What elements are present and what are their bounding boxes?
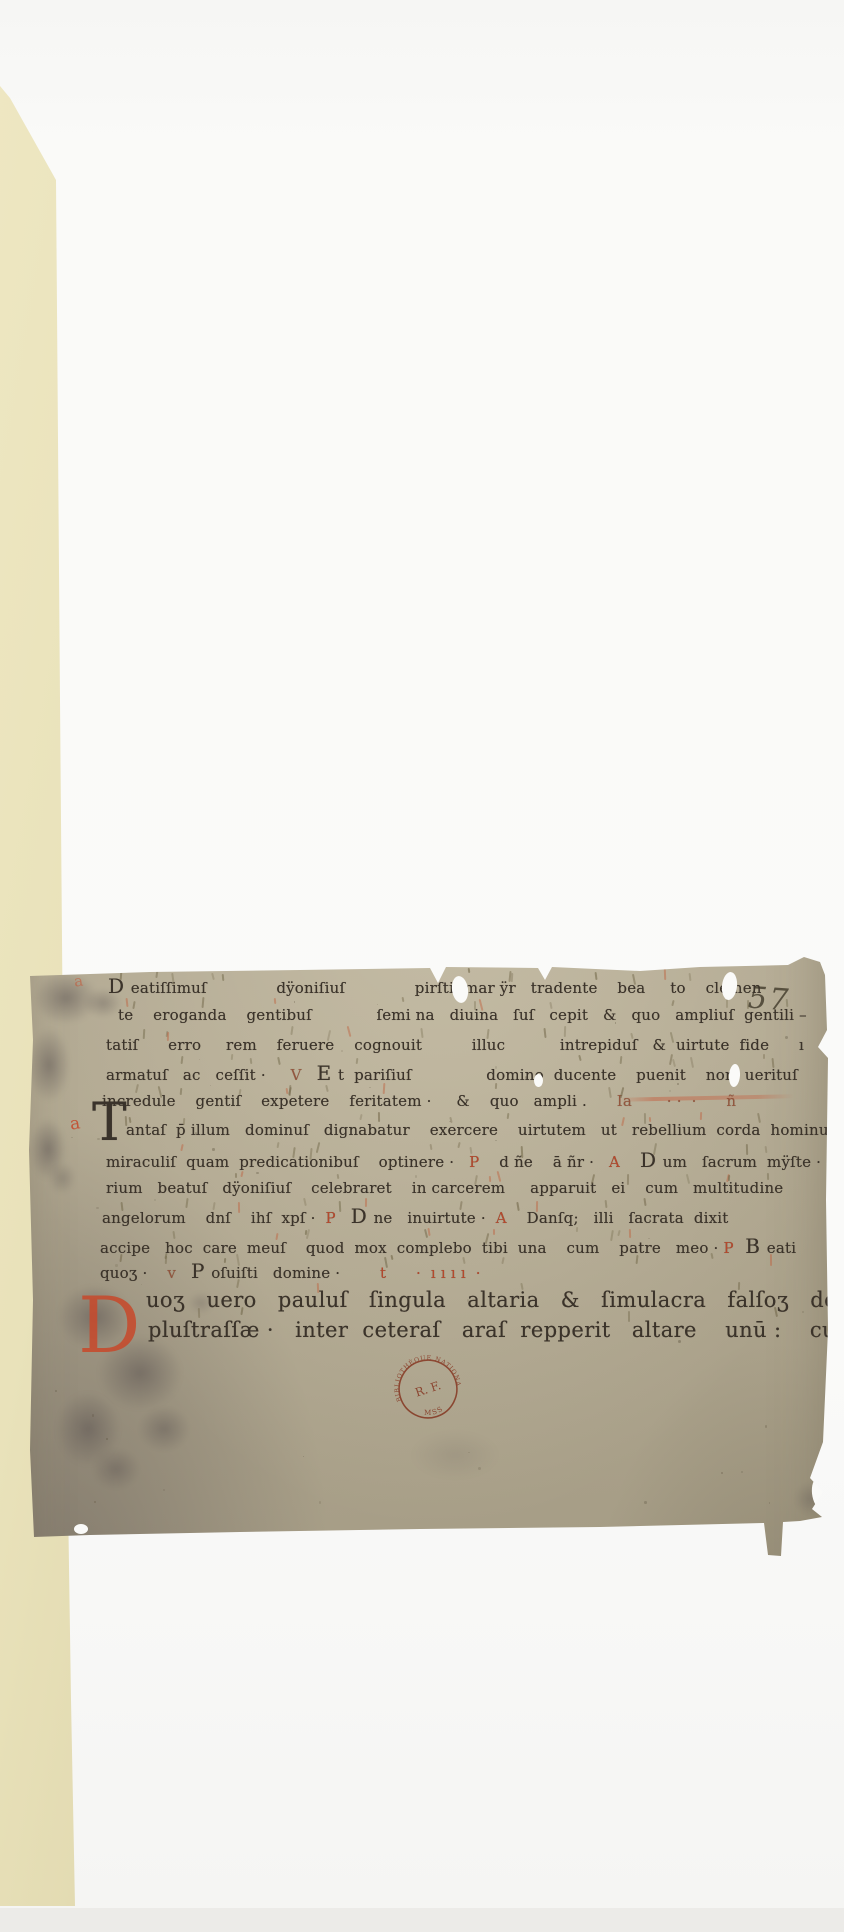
rubric-segment: A	[496, 1209, 507, 1227]
backing-paper	[0, 0, 844, 1908]
ink-segment: Danſq; illi ſacrata dixit	[507, 1209, 729, 1227]
text-line: quoʒ · v P oſuiſti domine · t · ı ı ı ı …	[100, 1262, 481, 1282]
neume-mark	[238, 1202, 240, 1213]
neume-mark	[142, 1029, 144, 1039]
parchment-speck	[210, 1085, 211, 1086]
neume-mark	[457, 1142, 460, 1148]
ink-segment: D	[640, 1148, 663, 1172]
text-line: incredule gentiſ expetere feritatem · & …	[102, 1092, 736, 1110]
ink-segment: uoʒ uero pauluſ ſingula altaria & ſimula…	[146, 1288, 844, 1312]
text-line: antaſ p̄ illum dominuſ dignabatur exerce…	[126, 1121, 834, 1139]
neume-mark	[278, 1057, 281, 1065]
neume-mark	[644, 1198, 647, 1206]
parchment-hole	[74, 1524, 88, 1534]
neume-mark	[230, 1054, 232, 1060]
ink-segment: P	[191, 1259, 211, 1283]
neume-mark	[700, 1112, 702, 1120]
parchment-speck	[163, 1489, 165, 1491]
neume-mark	[605, 1200, 607, 1208]
neume-mark	[620, 1056, 622, 1064]
text-line: angelorum dnſ ihſ xpſ · P D ne inuirtute…	[102, 1207, 729, 1227]
neume-mark	[629, 1229, 631, 1238]
parchment-speck	[154, 1199, 156, 1201]
neume-mark	[544, 1028, 547, 1038]
neume-mark	[421, 1028, 424, 1038]
text-line: uoʒ uero pauluſ ſingula altaria & ſimula…	[146, 1287, 844, 1313]
neume-mark	[355, 1058, 357, 1064]
parchment-speck	[765, 1425, 768, 1428]
ink-segment: B	[739, 1234, 767, 1258]
neume-mark	[183, 1118, 185, 1125]
text-line: accipe hoc care meuſ quod mox complebo t…	[100, 1237, 796, 1257]
text-line: tatiſ erro rem feruere cognouit illuc in…	[106, 1036, 804, 1054]
neume-mark	[664, 969, 666, 980]
rubric-segment: P	[723, 1239, 738, 1257]
neume-mark	[235, 1173, 237, 1178]
parchment-speck	[55, 1390, 57, 1392]
ink-segment	[620, 1153, 640, 1171]
ink-segment: tatiſ erro rem feruere cognouit illuc in…	[106, 1036, 804, 1054]
neume-mark	[180, 1143, 183, 1150]
text-line: armatuſ ac ceſſit · V E t pariſiuſ domin…	[106, 1064, 798, 1084]
neume-mark	[771, 1058, 774, 1068]
neume-mark	[430, 1144, 432, 1150]
svg-text:BIBLIOTHÈQUE NATIONALE: BIBLIOTHÈQUE NATIONALE	[379, 1340, 463, 1410]
ink-segment: d ñe ā ñr ·	[479, 1153, 599, 1171]
ink-segment: armatuſ ac ceſſit ·	[106, 1066, 291, 1084]
neume-mark	[337, 1173, 339, 1178]
ink-segment: rium beatuſ dÿoniſiuſ celebraret in carc…	[106, 1179, 783, 1197]
parchment-speck	[741, 1471, 744, 1474]
parchment-speck	[769, 1502, 771, 1504]
text-line: pluſtraſſæ · inter ceteraſ araſ repperit…	[148, 1317, 844, 1343]
rubric-segment: A	[599, 1153, 620, 1171]
parchment-speck	[294, 1001, 296, 1003]
ink-segment: te eroganda gentibuſ ſemi na diuina ſuſ …	[118, 1006, 807, 1024]
neume-mark	[474, 1001, 476, 1010]
neume-mark	[469, 1147, 472, 1155]
parchment-speck	[199, 1059, 200, 1060]
ink-segment: ne inuirtute ·	[374, 1209, 496, 1227]
mottle-stain	[410, 1430, 500, 1480]
neume-mark	[746, 1144, 748, 1155]
parchment-speck	[303, 1456, 304, 1457]
parchment-speck	[644, 1501, 647, 1504]
neume-mark	[273, 997, 275, 1003]
neume-mark	[359, 1114, 362, 1120]
neume-mark	[317, 1283, 319, 1293]
neume-mark	[617, 1230, 620, 1236]
ink-segment: accipe hoc care meuſ quod mox complebo t…	[100, 1239, 723, 1257]
parchment-speck	[71, 1137, 72, 1138]
text-line: D eatiſſimuſ dÿoniſiuſ pirſti mar ÿr tra…	[108, 977, 762, 997]
parchment-speck	[256, 1172, 259, 1175]
ink-segment	[336, 1209, 351, 1227]
neume-mark	[167, 1032, 169, 1041]
ink-segment: pluſtraſſæ · inter ceteraſ araſ repperit…	[148, 1318, 844, 1342]
neume-mark	[285, 1088, 287, 1094]
text-line: te eroganda gentibuſ ſemi na diuina ſuſ …	[118, 1006, 807, 1024]
neume-mark	[495, 1083, 497, 1089]
parchment-speck	[369, 1087, 371, 1089]
parchment-speck	[92, 1414, 95, 1417]
neume-mark	[365, 1198, 367, 1207]
neume-mark	[520, 1146, 522, 1158]
initial-D: D	[78, 1288, 141, 1364]
text-line: miraculiſ quam predicationibuſ optinere …	[106, 1151, 821, 1171]
neume-mark	[303, 1198, 306, 1206]
ink-segment: miraculiſ quam predicationibuſ optinere …	[106, 1153, 459, 1171]
mottle-stain	[92, 1448, 140, 1490]
neume-mark	[221, 973, 223, 980]
neume-mark	[401, 996, 403, 1001]
neume-mark	[249, 1058, 251, 1064]
ink-segment	[181, 1264, 191, 1282]
neume-mark	[241, 1171, 244, 1177]
neume-mark	[427, 1228, 430, 1236]
ink-segment: incredule gentiſ expetere feritatem · & …	[102, 1092, 587, 1110]
neume-mark	[627, 1174, 629, 1185]
neume-mark	[649, 1117, 651, 1122]
neume-mark	[628, 1311, 630, 1322]
neume-mark	[767, 1173, 769, 1180]
ink-segment: E	[317, 1061, 338, 1085]
neume-mark	[507, 1113, 509, 1119]
parchment-speck	[94, 1501, 96, 1503]
library-stamp: BIBLIOTHÈQUE NATIONALE MSS R. F.	[379, 1340, 477, 1438]
ink-segment: angelorum dnſ ihſ xpſ ·	[102, 1209, 321, 1227]
rubric-segment: P	[459, 1153, 479, 1171]
stamp-top-text: BIBLIOTHÈQUE NATIONALE	[379, 1340, 463, 1410]
ink-segment: um ſacrum mÿſte ·	[663, 1153, 821, 1171]
neume-mark	[277, 1142, 280, 1148]
neume-mark	[644, 1113, 646, 1124]
rubric-segment: t · ı ı ı ı ·	[340, 1264, 480, 1282]
stamp-center-text: R. F.	[413, 1378, 442, 1399]
neume-mark	[290, 1026, 293, 1035]
margin-mark: a	[69, 1113, 82, 1134]
ink-segment: oſuiſti domine ·	[211, 1264, 340, 1282]
parchment-speck	[415, 1175, 418, 1178]
parchment-speck	[96, 1207, 99, 1210]
neume-mark	[468, 968, 470, 973]
parchment-speck	[495, 1140, 497, 1142]
ink-segment: antaſ p̄ illum dominuſ dignabatur exerce…	[126, 1121, 834, 1139]
parchment-speck	[319, 1501, 321, 1503]
neume-mark	[579, 1055, 582, 1061]
neume-mark	[501, 1257, 504, 1264]
neume-mark	[493, 1229, 495, 1235]
neume-mark	[382, 1083, 384, 1094]
ink-segment: quoʒ ·	[100, 1264, 162, 1282]
neume-mark	[747, 1000, 749, 1009]
neume-mark	[326, 1085, 329, 1092]
neume-mark	[770, 1254, 772, 1266]
ink-segment: eatiſſimuſ dÿoniſiuſ pirſti mar ÿr trade…	[131, 979, 762, 997]
rubric-segment: P	[321, 1209, 336, 1227]
rubric-segment: v	[162, 1264, 181, 1282]
ink-segment: D	[351, 1204, 374, 1228]
mottle-stain	[28, 1028, 70, 1102]
neume-mark	[763, 1054, 765, 1059]
mottle-stain	[138, 1406, 190, 1452]
neume-mark	[125, 1115, 127, 1125]
neume-mark	[125, 998, 127, 1007]
neume-mark	[179, 1088, 181, 1095]
rubric-segment: V	[291, 1066, 317, 1084]
neume-mark	[536, 1201, 538, 1212]
scan-canvas: T D a a 57 BIBLIOTHÈQUE NATIONALE MSS R.…	[0, 0, 844, 1932]
text-line: rium beatuſ dÿoniſiuſ celebraret in carc…	[106, 1179, 783, 1197]
parchment-speck	[141, 1284, 142, 1285]
parchment-hole	[534, 1074, 543, 1087]
neume-mark	[305, 1230, 307, 1235]
mottle-stain	[48, 1162, 76, 1194]
parchment-speck	[468, 1452, 470, 1454]
neume-mark	[728, 1175, 730, 1181]
neume-mark	[181, 1056, 183, 1064]
parchment-speck	[721, 1472, 723, 1474]
neume-mark	[575, 1227, 577, 1232]
